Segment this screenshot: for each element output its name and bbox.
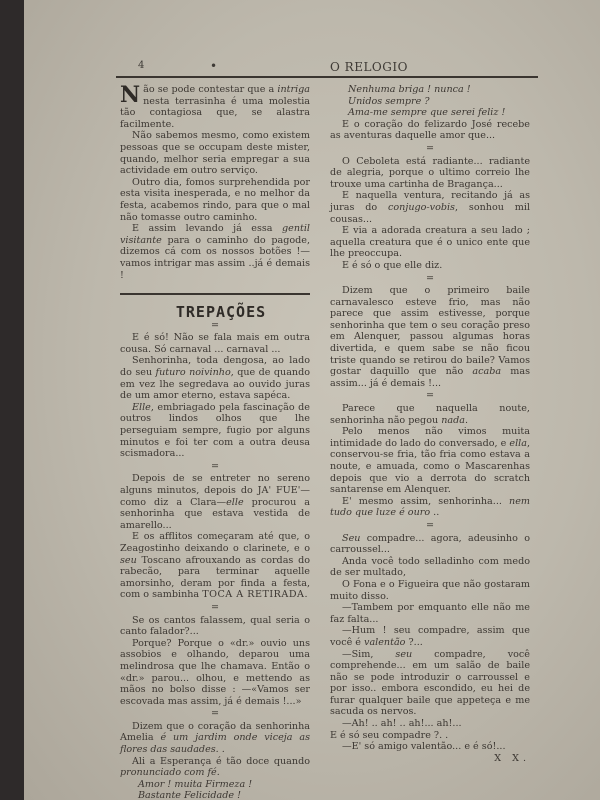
intro-paragraph-2: Não sabemos mesmo, como existem pessoas …: [120, 130, 310, 176]
paragraph: Dizem que o primeiro baile carnavalesco …: [330, 285, 530, 389]
dialogue-line: —Tambem por emquanto elle não me faz fal…: [330, 602, 530, 625]
paragraph: Depois de se entreter no sereno alguns m…: [120, 473, 310, 531]
paragraph: Dizem que o coração da senhorinha Amelia…: [120, 721, 310, 756]
paragraph: E naquella ventura, recitando já as jura…: [330, 190, 530, 225]
separator: =: [330, 390, 530, 402]
paragraph: Elle, embriagado pela fascinação de outr…: [120, 402, 310, 460]
dialogue-line: —Ah! .. ah! .. ah!... ah!...: [330, 718, 530, 730]
paragraph: E é só o que elle diz.: [330, 260, 530, 272]
verse-line: Ama-me sempre que serei feliz !: [330, 107, 530, 119]
verse-line: Nenhuma briga ! nunca !: [330, 84, 530, 96]
section-title: TREPAÇÕES: [120, 307, 310, 319]
separator: =: [330, 143, 530, 155]
dialogue-line: —Hum ! seu compadre, assim que você é va…: [330, 625, 530, 648]
page-header: 4 • O RELOGIO: [130, 60, 538, 76]
separator: =: [120, 708, 310, 720]
paragraph: Porque? Porque o «dr.» ouvio uns assobio…: [120, 638, 310, 708]
paragraph: Seu compadre... agora, adeusinho o carro…: [330, 533, 530, 556]
page-number: 4: [138, 60, 144, 71]
header-ornament: •: [210, 59, 217, 73]
separator: =: [330, 273, 530, 285]
opening-verse: Nenhuma briga ! nunca ! Unidos sempre ? …: [330, 84, 530, 119]
intro-paragraph-1: Não se pode contestar que a intriga nest…: [120, 84, 310, 130]
paragraph: Parece que naquella noute, senhorinha nã…: [330, 403, 530, 426]
intro-paragraph-3: Outro dia, fomos surprehendida por esta …: [120, 177, 310, 223]
paragraph: E via a adorada creatura a seu lado ; aq…: [330, 225, 530, 260]
separator: =: [120, 461, 310, 473]
dialogue-line: E é só seu compadre ?. .: [330, 730, 530, 742]
dialogue-line: —E' só amigo valentão... e é só!...: [330, 741, 530, 753]
author-signature: X X.: [330, 753, 530, 765]
separator: =: [120, 602, 310, 614]
paragraph: E' mesmo assim, senhorinha... nem tudo q…: [330, 496, 530, 519]
right-column: Nenhuma briga ! nunca ! Unidos sempre ? …: [330, 84, 530, 764]
paragraph: Se os cantos falassem, qual seria o cant…: [120, 615, 310, 638]
newspaper-title: O RELOGIO: [330, 60, 408, 74]
verse-line: Bastante Felicidade !: [120, 790, 310, 800]
verse-line: Unidos sempre ?: [330, 96, 530, 108]
paragraph: E é só! Não se fala mais em outra cousa.…: [120, 332, 310, 355]
verse-line: Amor ! muita Firmeza !: [120, 779, 310, 791]
paragraph: Ali a Esperança é tão doce quando pronun…: [120, 756, 310, 779]
paragraph: E o coração do felizardo José recebe as …: [330, 119, 530, 142]
paragraph: O Fona e o Figueira que não gostaram mui…: [330, 579, 530, 602]
dialogue-line: —Sim, seu compadre, você comprehende... …: [330, 649, 530, 719]
paragraph: Senhorinha, toda dengosa, ao lado do seu…: [120, 355, 310, 401]
paragraph: Anda você todo selladinho com medo de se…: [330, 556, 530, 579]
header-rule: [116, 76, 538, 78]
section-rule: [120, 293, 310, 295]
closing-verse: Amor ! muita Firmeza ! Bastante Felicida…: [120, 779, 310, 800]
paragraph: E os afflitos começaram até que, o Zeago…: [120, 531, 310, 601]
paragraph: O Ceboleta está radiante... radiante de …: [330, 156, 530, 191]
separator: =: [120, 320, 310, 332]
newspaper-page: 4 • O RELOGIO Não se pode contestar que …: [24, 0, 600, 800]
separator: =: [330, 520, 530, 532]
drop-cap: N: [120, 86, 140, 104]
intro-paragraph-4: E assim levando já essa gentil visitante…: [120, 223, 310, 281]
left-column: Não se pode contestar que a intriga nest…: [120, 84, 310, 800]
paragraph: Pelo menos não vimos muita intimidade do…: [330, 426, 530, 496]
